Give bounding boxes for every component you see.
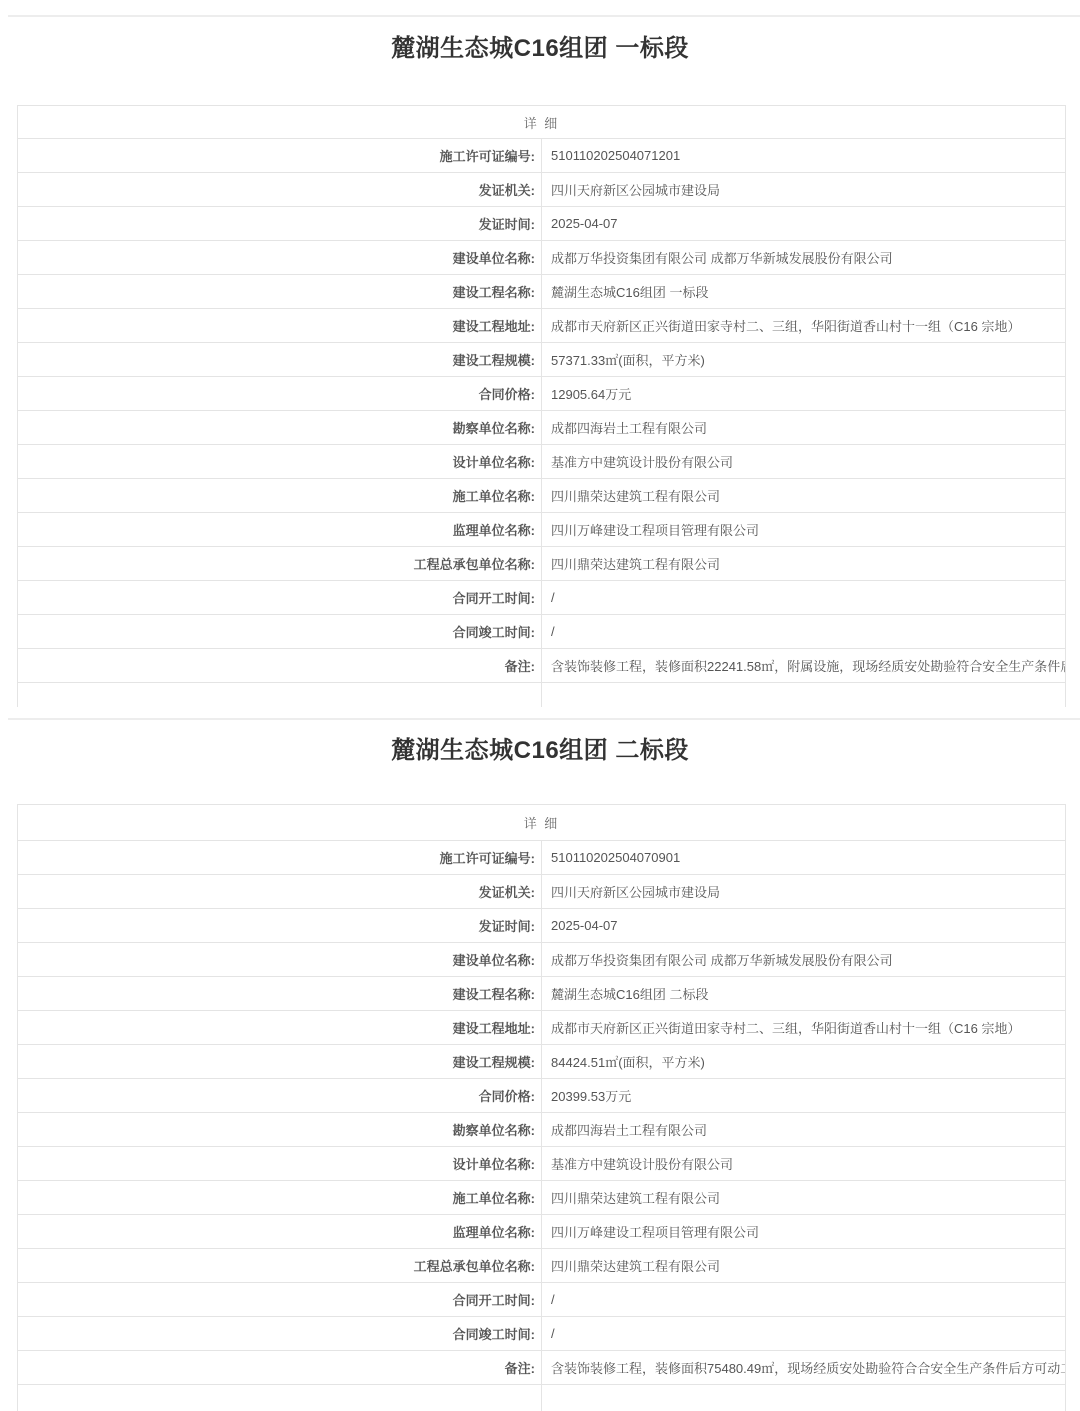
field-value: 麓湖生态城C16组团 二标段 (542, 977, 1066, 1011)
field-label: 发证机关: (18, 875, 542, 909)
table-row: 勘察单位名称:成都四海岩土工程有限公司 (18, 1113, 1066, 1147)
field-value: 四川天府新区公园城市建设局 (542, 173, 1066, 207)
empty-value-cell (542, 683, 1066, 708)
table-row: 建设单位名称:成都万华投资集团有限公司 成都万华新城发展股份有限公司 (18, 241, 1066, 275)
field-value: 四川鼎荣达建筑工程有限公司 (542, 547, 1066, 581)
field-label: 建设工程地址: (18, 309, 542, 343)
field-label: 工程总承包单位名称: (18, 547, 542, 581)
field-label: 施工许可证编号: (18, 139, 542, 173)
field-value: 2025-04-07 (542, 207, 1066, 241)
field-label: 合同竣工时间: (18, 1317, 542, 1351)
field-label: 施工单位名称: (18, 479, 542, 513)
field-value: 成都四海岩土工程有限公司 (542, 411, 1066, 445)
field-label: 建设工程名称: (18, 977, 542, 1011)
empty-table-row (18, 683, 1066, 708)
table-row: 建设单位名称:成都万华投资集团有限公司 成都万华新城发展股份有限公司 (18, 943, 1066, 977)
table-row: 建设工程地址:成都市天府新区正兴街道田家寺村二、三组，华阳街道香山村十一组（C1… (18, 1011, 1066, 1045)
field-label: 设计单位名称: (18, 445, 542, 479)
table-row: 工程总承包单位名称:四川鼎荣达建筑工程有限公司 (18, 1249, 1066, 1283)
section-divider-line (8, 718, 1080, 720)
field-value: 12905.64万元 (542, 377, 1066, 411)
field-label: 合同开工时间: (18, 1283, 542, 1317)
field-value: 成都四海岩土工程有限公司 (542, 1113, 1066, 1147)
table-row: 备注:含装饰装修工程，装修面积22241.58㎡，附属设施，现场经质安处勘验符合… (18, 649, 1066, 683)
field-value: / (542, 615, 1066, 649)
field-label: 监理单位名称: (18, 1215, 542, 1249)
section-2-table-wrapper: 详 细 施工许可证编号:510110202504070901发证机关:四川天府新… (17, 804, 1066, 1411)
field-value: 四川万峰建设工程项目管理有限公司 (542, 1215, 1066, 1249)
field-label: 发证时间: (18, 207, 542, 241)
field-label: 合同竣工时间: (18, 615, 542, 649)
field-value: 成都万华投资集团有限公司 成都万华新城发展股份有限公司 (542, 241, 1066, 275)
field-value: 基准方中建筑设计股份有限公司 (542, 445, 1066, 479)
table-row: 发证时间:2025-04-07 (18, 207, 1066, 241)
field-label: 监理单位名称: (18, 513, 542, 547)
field-value: 510110202504071201 (542, 139, 1066, 173)
field-value: 含装饰装修工程，装修面积22241.58㎡，附属设施，现场经质安处勘验符合安全生… (542, 649, 1066, 683)
table-row: 合同竣工时间:/ (18, 1317, 1066, 1351)
field-value: 成都万华投资集团有限公司 成都万华新城发展股份有限公司 (542, 943, 1066, 977)
field-label: 建设工程规模: (18, 343, 542, 377)
table-row: 设计单位名称:基准方中建筑设计股份有限公司 (18, 445, 1066, 479)
field-value: 57371.33㎡(面积，平方米) (542, 343, 1066, 377)
field-value: 四川鼎荣达建筑工程有限公司 (542, 1249, 1066, 1283)
table-header-label: 详 细 (18, 805, 1066, 841)
field-label: 勘察单位名称: (18, 1113, 542, 1147)
field-label: 建设单位名称: (18, 943, 542, 977)
permit-page: 麓湖生态城C16组团 一标段 详 细 施工许可证编号:5101102025040… (0, 0, 1080, 1411)
table-row: 建设工程地址:成都市天府新区正兴街道田家寺村二、三组，华阳街道香山村十一组（C1… (18, 309, 1066, 343)
table-row: 建设工程规模:57371.33㎡(面积，平方米) (18, 343, 1066, 377)
field-label: 建设工程地址: (18, 1011, 542, 1045)
table-row: 合同开工时间:/ (18, 1283, 1066, 1317)
field-value: 84424.51㎡(面积，平方米) (542, 1045, 1066, 1079)
table-header-row: 详 细 (18, 805, 1066, 841)
table-row: 合同价格:20399.53万元 (18, 1079, 1066, 1113)
table-row: 建设工程名称:麓湖生态城C16组团 二标段 (18, 977, 1066, 1011)
field-label: 施工单位名称: (18, 1181, 542, 1215)
empty-label-cell (18, 683, 542, 708)
table-row: 监理单位名称:四川万峰建设工程项目管理有限公司 (18, 513, 1066, 547)
section-1-table-wrapper: 详 细 施工许可证编号:510110202504071201发证机关:四川天府新… (17, 105, 1066, 707)
field-value: 20399.53万元 (542, 1079, 1066, 1113)
field-label: 建设工程规模: (18, 1045, 542, 1079)
field-value: 四川万峰建设工程项目管理有限公司 (542, 513, 1066, 547)
table-row: 合同开工时间:/ (18, 581, 1066, 615)
table-row: 合同竣工时间:/ (18, 615, 1066, 649)
field-value: / (542, 1283, 1066, 1317)
table-row: 勘察单位名称:成都四海岩土工程有限公司 (18, 411, 1066, 445)
field-label: 合同价格: (18, 1079, 542, 1113)
field-value: 成都市天府新区正兴街道田家寺村二、三组，华阳街道香山村十一组（C16 宗地） (542, 1011, 1066, 1045)
field-value: 麓湖生态城C16组团 一标段 (542, 275, 1066, 309)
table-row: 发证机关:四川天府新区公园城市建设局 (18, 173, 1066, 207)
table-row: 施工单位名称:四川鼎荣达建筑工程有限公司 (18, 479, 1066, 513)
table-row: 施工单位名称:四川鼎荣达建筑工程有限公司 (18, 1181, 1066, 1215)
table-header-row: 详 细 (18, 106, 1066, 139)
field-value: 含装饰装修工程，装修面积75480.49㎡，现场经质安处勘验符合合安全生产条件后… (542, 1351, 1066, 1385)
table-row: 建设工程名称:麓湖生态城C16组团 一标段 (18, 275, 1066, 309)
detail-table-2: 详 细 施工许可证编号:510110202504070901发证机关:四川天府新… (17, 804, 1066, 1411)
section-1-title: 麓湖生态城C16组团 一标段 (0, 28, 1080, 63)
field-value: 基准方中建筑设计股份有限公司 (542, 1147, 1066, 1181)
field-label: 备注: (18, 649, 542, 683)
empty-label-cell (18, 1385, 542, 1411)
field-label: 备注: (18, 1351, 542, 1385)
table-row: 监理单位名称:四川万峰建设工程项目管理有限公司 (18, 1215, 1066, 1249)
field-label: 勘察单位名称: (18, 411, 542, 445)
field-label: 设计单位名称: (18, 1147, 542, 1181)
empty-value-cell (542, 1385, 1066, 1411)
section-2-title: 麓湖生态城C16组团 二标段 (0, 730, 1080, 765)
table-row: 发证时间:2025-04-07 (18, 909, 1066, 943)
field-label: 建设单位名称: (18, 241, 542, 275)
field-label: 合同开工时间: (18, 581, 542, 615)
table-header-label: 详 细 (18, 106, 1066, 139)
table-row: 建设工程规模:84424.51㎡(面积，平方米) (18, 1045, 1066, 1079)
field-label: 发证机关: (18, 173, 542, 207)
table-row: 备注:含装饰装修工程，装修面积75480.49㎡，现场经质安处勘验符合合安全生产… (18, 1351, 1066, 1385)
empty-table-row (18, 1385, 1066, 1411)
table-row: 设计单位名称:基准方中建筑设计股份有限公司 (18, 1147, 1066, 1181)
detail-table-1: 详 细 施工许可证编号:510110202504071201发证机关:四川天府新… (17, 105, 1066, 707)
field-value: / (542, 581, 1066, 615)
field-label: 施工许可证编号: (18, 841, 542, 875)
table-row: 工程总承包单位名称:四川鼎荣达建筑工程有限公司 (18, 547, 1066, 581)
field-value: 成都市天府新区正兴街道田家寺村二、三组，华阳街道香山村十一组（C16 宗地） (542, 309, 1066, 343)
top-divider-line (8, 15, 1080, 17)
field-value: 四川鼎荣达建筑工程有限公司 (542, 479, 1066, 513)
table-row: 合同价格:12905.64万元 (18, 377, 1066, 411)
field-label: 工程总承包单位名称: (18, 1249, 542, 1283)
field-value: / (542, 1317, 1066, 1351)
field-value: 四川鼎荣达建筑工程有限公司 (542, 1181, 1066, 1215)
field-value: 四川天府新区公园城市建设局 (542, 875, 1066, 909)
field-label: 合同价格: (18, 377, 542, 411)
field-label: 发证时间: (18, 909, 542, 943)
field-value: 2025-04-07 (542, 909, 1066, 943)
table-row: 施工许可证编号:510110202504071201 (18, 139, 1066, 173)
field-value: 510110202504070901 (542, 841, 1066, 875)
field-label: 建设工程名称: (18, 275, 542, 309)
table-row: 发证机关:四川天府新区公园城市建设局 (18, 875, 1066, 909)
table-row: 施工许可证编号:510110202504070901 (18, 841, 1066, 875)
